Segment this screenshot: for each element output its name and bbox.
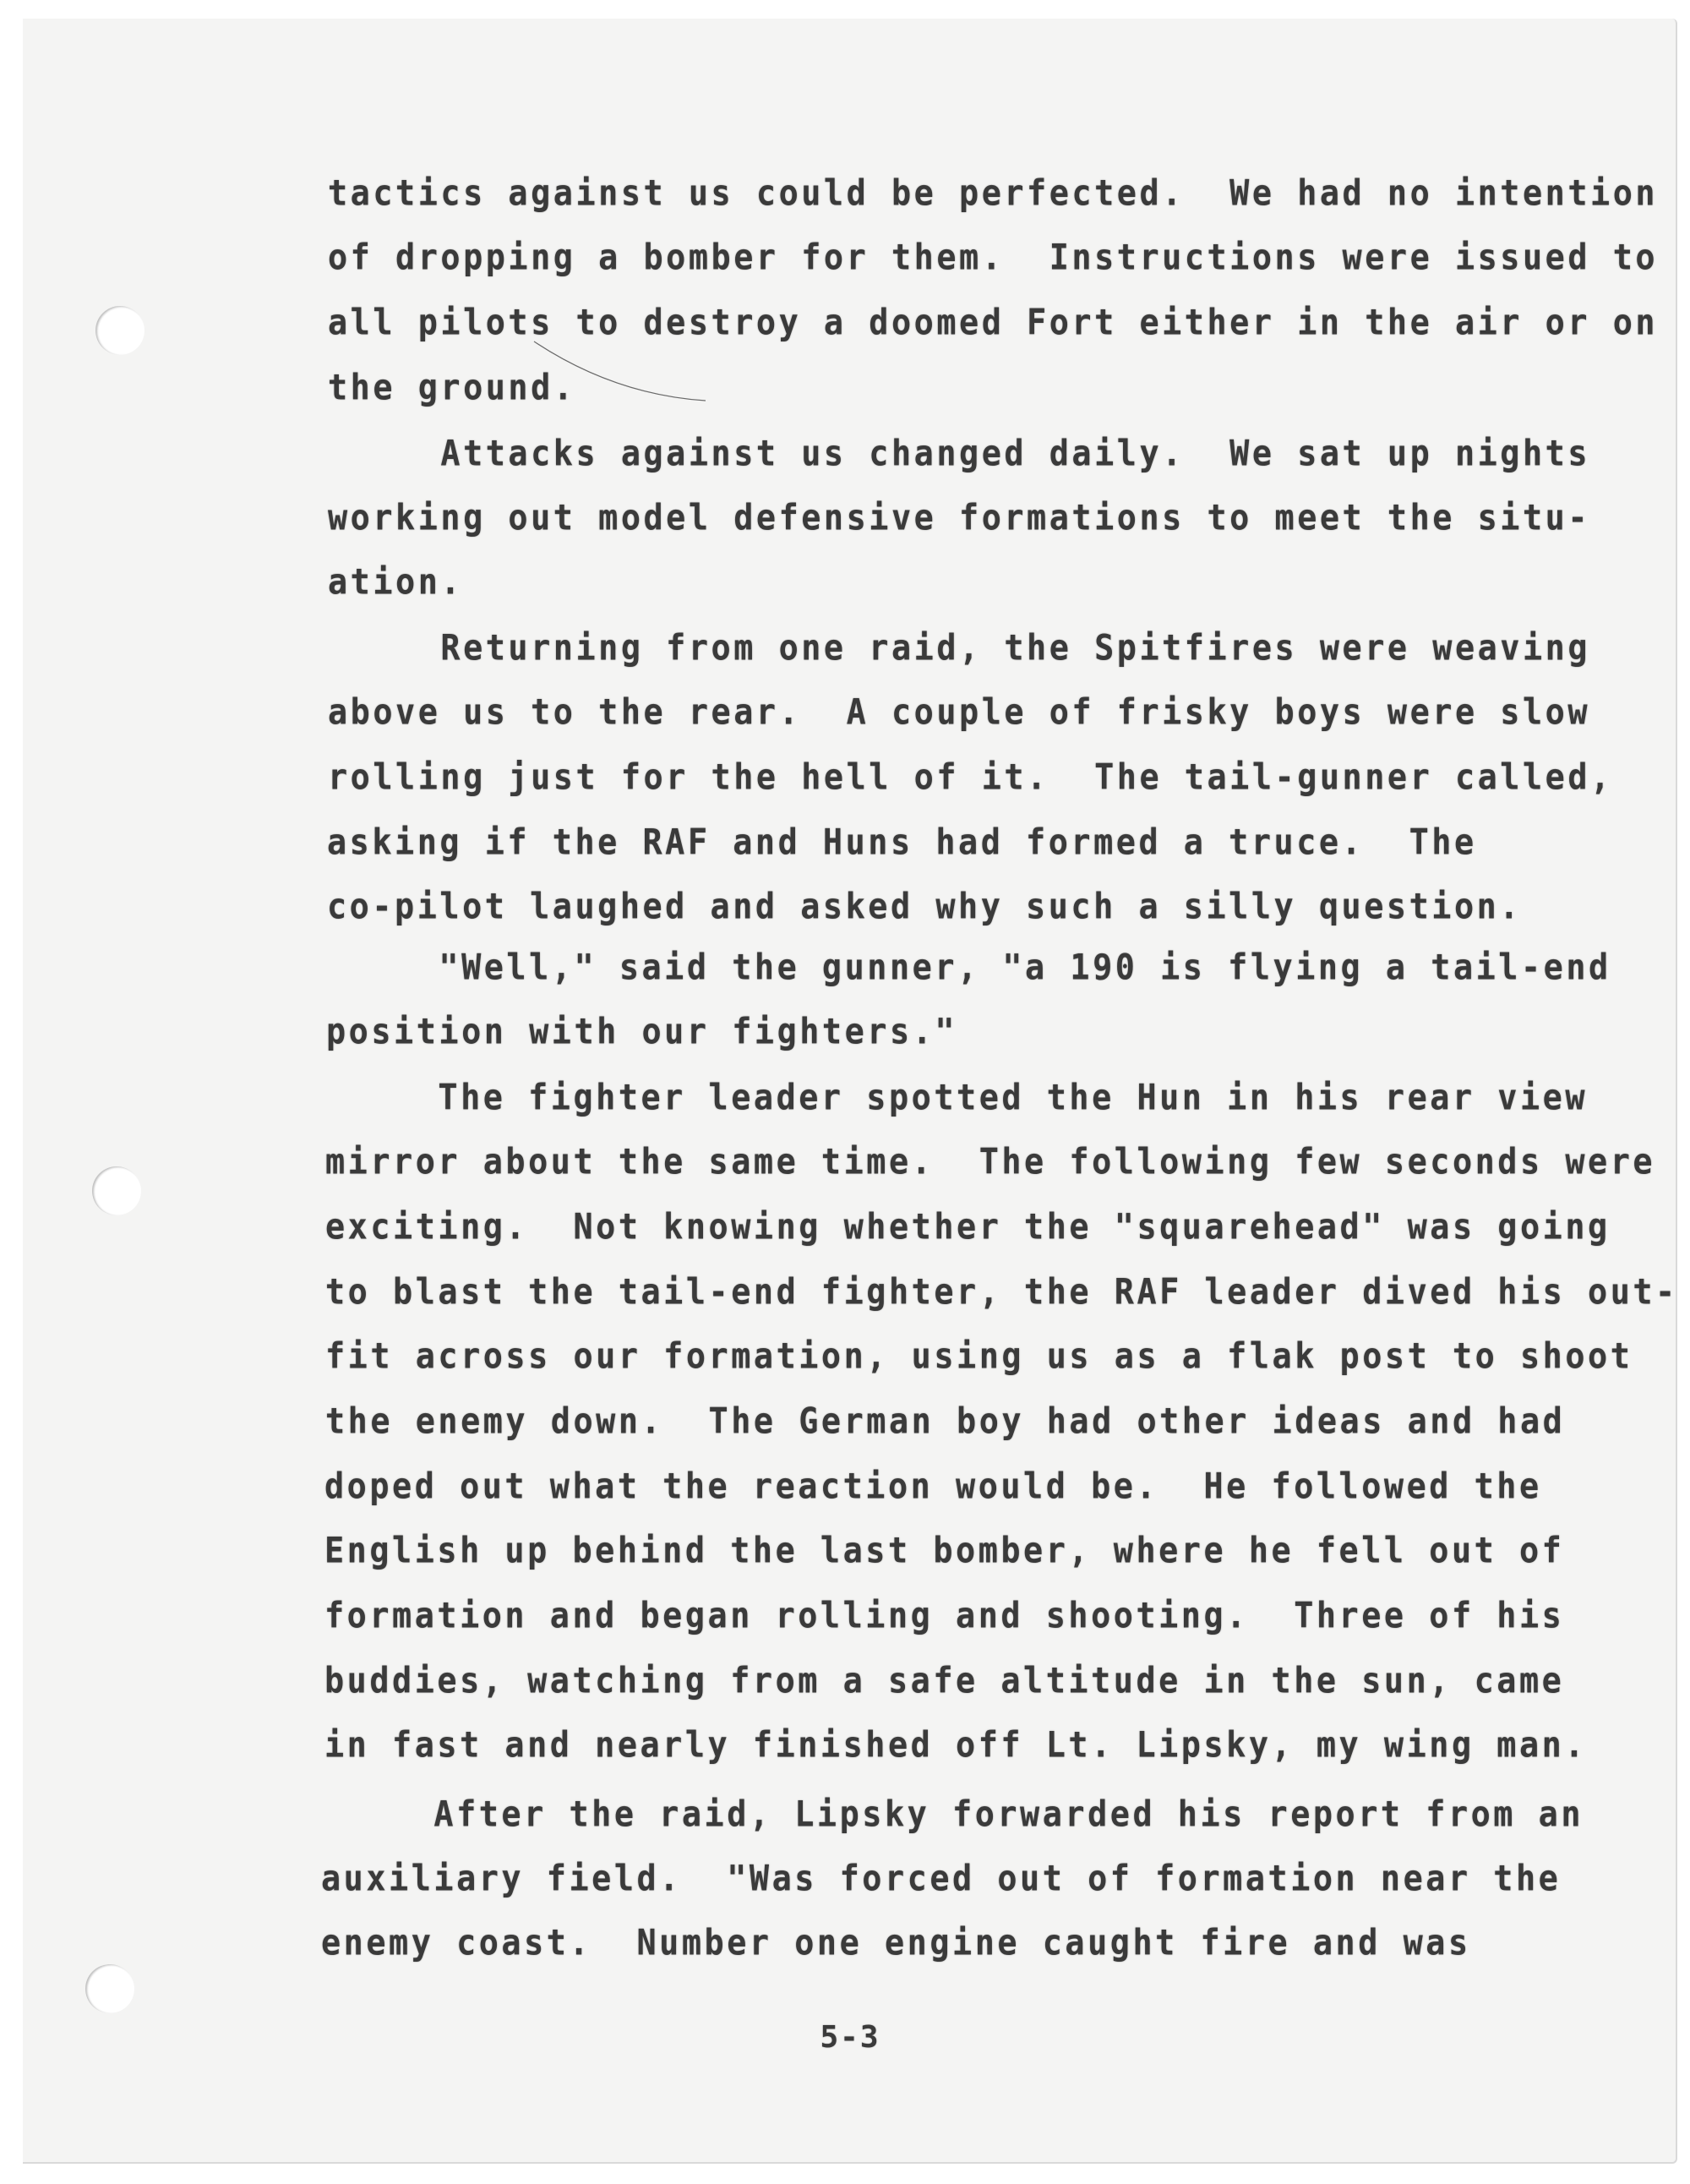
document-page: tactics against us could be perfected. W… — [23, 19, 1677, 2164]
text-line: to blast the tail-end fighter, the RAF l… — [325, 1275, 1678, 1311]
text-line: Attacks against us changed daily. We sat… — [328, 437, 1590, 472]
text-line: above us to the rear. A couple of frisky… — [328, 696, 1590, 731]
text-line: auxiliary field. "Was forced out of form… — [321, 1862, 1561, 1897]
page-number: 5-3 — [23, 2020, 1677, 2055]
text-line: asking if the RAF and Huns had formed a … — [327, 826, 1477, 861]
text-line: working out model defensive formations t… — [328, 501, 1590, 537]
text-line: the ground. — [328, 371, 575, 407]
text-line: tactics against us could be perfected. W… — [328, 177, 1658, 212]
text-line: exciting. Not knowing whether the "squar… — [325, 1210, 1611, 1246]
text-line: co-pilot laughed and asked why such a si… — [327, 890, 1522, 925]
text-line: formation and began rolling and shooting… — [324, 1599, 1564, 1635]
text-line: fit across our formation, using us as a … — [325, 1340, 1633, 1375]
text-line: in fast and nearly finished off Lt. Lips… — [324, 1728, 1587, 1764]
text-line: Returning from one raid, the Spitfires w… — [328, 631, 1590, 667]
text-line: all pilots to destroy a doomed Fort eith… — [328, 306, 1658, 341]
text-line: The fighter leader spotted the Hun in hi… — [325, 1081, 1588, 1117]
text-line: ation. — [328, 565, 463, 601]
punch-hole-middle — [92, 1166, 141, 1215]
text-line: of dropping a bomber for them. Instructi… — [328, 241, 1658, 276]
punch-hole-bottom — [85, 1964, 134, 2013]
text-line: doped out what the reaction would be. He… — [324, 1470, 1542, 1505]
punch-hole-top — [95, 306, 144, 355]
text-line: buddies, watching from a safe altitude i… — [324, 1664, 1564, 1700]
text-line: "Well," said the gunner, "a 190 is flyin… — [326, 951, 1611, 986]
text-line: position with our fighters." — [326, 1015, 957, 1051]
text-line: mirror about the same time. The followin… — [325, 1145, 1655, 1181]
text-line: the enemy down. The German boy had other… — [325, 1405, 1565, 1440]
text-line: English up behind the last bomber, where… — [324, 1534, 1564, 1570]
text-line: After the raid, Lipsky forwarded his rep… — [321, 1798, 1584, 1833]
text-line: rolling just for the hell of it. The tai… — [328, 761, 1613, 796]
text-line: enemy coast. Number one engine caught fi… — [321, 1926, 1471, 1962]
